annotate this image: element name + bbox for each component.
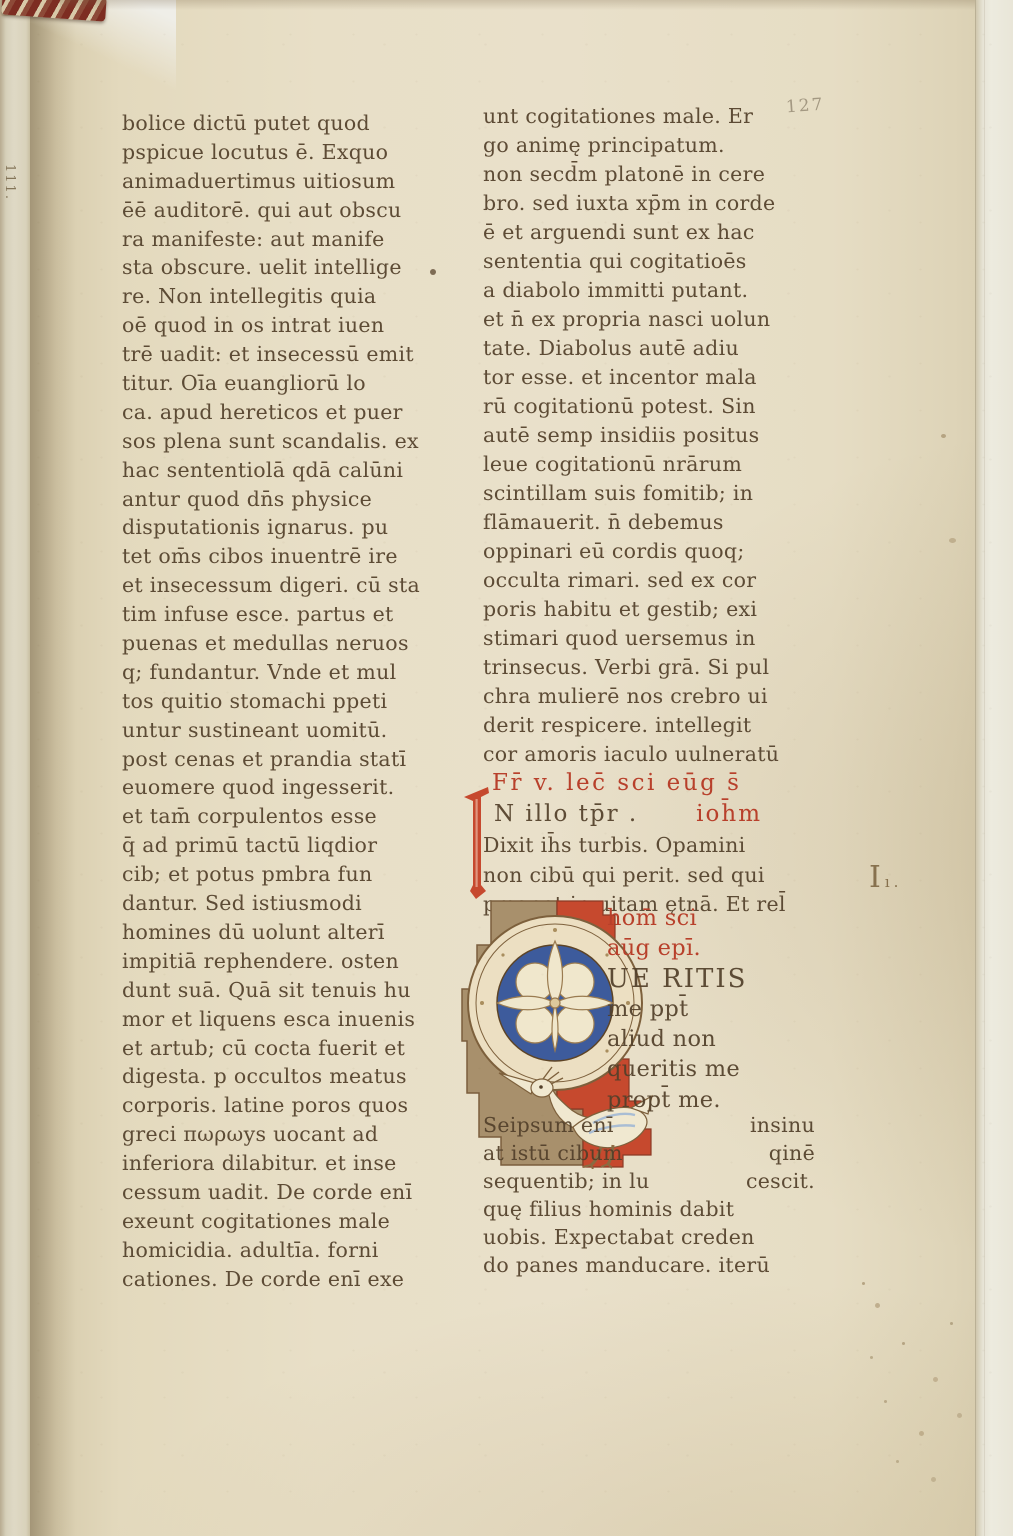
text-line: mor et liquens esca inuenis (122, 1005, 458, 1034)
text-line: greci πωρωys uocant ad (122, 1120, 458, 1149)
text-line: euomere quod ingesserit. (122, 773, 458, 802)
text-line: uobis. Expectabat creden (483, 1223, 819, 1251)
text-line: titur. Oīa euangliorū lo (122, 369, 458, 398)
text-line: post cenas et prandia statī (122, 745, 458, 774)
text-line: chra mulierē nos crebro ui (483, 682, 819, 711)
text-line: trinsecus. Verbi grā. Si pul (483, 653, 819, 682)
fore-edge-strip (975, 0, 1013, 1536)
text-line: et insecessum digeri. cū sta (122, 571, 458, 600)
line-fragment-right: insinu (750, 1111, 815, 1139)
text-line: do panes manducare. iterū (483, 1251, 819, 1279)
right-column-wrap-lines: Seipsum enīinsinuat istū cibumqinēsequen… (483, 1111, 815, 1195)
text-line: unt cogitationes male. Er (483, 102, 819, 131)
text-line: sos plena sunt scandalis. ex (122, 427, 458, 456)
text-line: bolice dictū putet quod (122, 109, 458, 138)
right-column-block3: quę filius hominis dabituobis. Expectaba… (483, 1195, 819, 1279)
text-line: q̄ ad primū tactū liqdior (122, 831, 458, 860)
text-line: untur sustineant uomitū. (122, 716, 458, 745)
text-line: et n̄ ex propria nasci uolun (483, 305, 819, 334)
text-line: exeunt cogitationes male (122, 1207, 458, 1236)
text-line: tor esse. et incentor mala (483, 363, 819, 392)
text-line: aūg epī. (607, 933, 817, 963)
text-line: leue cogitationū nrārum (483, 450, 819, 479)
text-line: queritis me (607, 1054, 817, 1084)
text-line: dantur. Sed istiusmodi (122, 889, 458, 918)
text-line: non secd̄m platonē in cere (483, 160, 819, 189)
text-line: ē et arguendi sunt ex hac (483, 218, 819, 247)
text-line: rū cogitationū potest. Sin (483, 392, 819, 421)
text-line: puenas et medullas neruos (122, 629, 458, 658)
line-fragment-left: sequentib; in lu (483, 1167, 650, 1195)
text-line: stimari quod uersemus in (483, 624, 819, 653)
manuscript-page-photo: 111. 127 Iı. bolice dictū putet quodpspi… (0, 0, 1013, 1536)
text-line: disputationis ignarus. pu (122, 513, 458, 542)
text-line: cessum uadit. De corde enī (122, 1178, 458, 1207)
gutter-shadow (30, 0, 76, 1536)
line-fragment-left: Seipsum enī (483, 1111, 614, 1139)
text-line: impitiā rephendere. osten (122, 947, 458, 976)
text-line: occulta rimari. sed ex cor (483, 566, 819, 595)
text-line: cationes. De corde enī exe (122, 1265, 458, 1294)
text-line: aliud non (607, 1024, 817, 1054)
quire-mark-suffix: ı. (885, 873, 903, 891)
text-line: UE RITIS (607, 964, 817, 994)
facing-page-edge (0, 16, 30, 1536)
parchment-stain (941, 434, 946, 438)
text-line: cor amoris iaculo uulneratū (483, 740, 819, 769)
text-line: animaduertimus uitiosum (122, 167, 458, 196)
text-line: tos quitio stomachi ppeti (122, 687, 458, 716)
text-line: et tam̄ corpulentos esse (122, 802, 458, 831)
text-line: ra manifeste: aut manife (122, 225, 458, 254)
text-line: quę filius hominis dabit (483, 1195, 819, 1223)
text-line: bro. sed iuxta xp̄m in corde (483, 189, 819, 218)
text-line: homines dū uolunt alterī (122, 918, 458, 947)
text-line: sta obscure. uelit intellige (122, 253, 458, 282)
text-line: poris habitu et gestib; exi (483, 595, 819, 624)
page-edge-line (984, 0, 985, 1536)
evangelist-abbrev: ioh̄m (696, 801, 762, 827)
line-fragment-right: qinē (769, 1139, 815, 1167)
text-line: derit respicere. intellegit (483, 711, 819, 740)
text-line: sequentib; in lucescit. (483, 1167, 815, 1195)
text-line: digesta. p occultos meatus (122, 1062, 458, 1091)
page-top-edge (60, 0, 1013, 10)
right-column-side-text: hom̄ sciaūg epī.UE RITISme ppt̄aliud non… (607, 903, 817, 1115)
parchment-speckles (862, 1282, 865, 1285)
text-line: sententia qui cogitatioēs (483, 247, 819, 276)
text-line: antur quod dn̄s physice (122, 485, 458, 514)
text-line: oppinari eū cordis quoq; (483, 537, 819, 566)
quire-mark-letter: I (869, 860, 885, 895)
incipit-text: N illo tp̄r . (494, 801, 638, 827)
line-fragment-left: at istū cibum (483, 1139, 623, 1167)
text-line: et artub; cū cocta fuerit et (122, 1034, 458, 1063)
right-column-block1: unt cogitationes male. Ergo animę princi… (483, 102, 819, 769)
text-line: homicidia. adultīa. forni (122, 1236, 458, 1265)
page-edge-line (975, 0, 976, 1536)
text-line: Dixit ih̄s turbis. Opamini (483, 831, 819, 861)
text-line: at istū cibumqinē (483, 1139, 815, 1167)
text-line: cib; et potus pmbra fun (122, 860, 458, 889)
text-line: Seipsum enīinsinu (483, 1111, 815, 1139)
text-line: autē semp insidiis positus (483, 421, 819, 450)
left-column: bolice dictū putet quodpspicue locutus ē… (122, 109, 458, 1294)
text-line: scintillam suis fomitib; in (483, 479, 819, 508)
text-line: re. Non intellegitis quia (122, 282, 458, 311)
incipit-line: N illo tp̄r . ioh̄m (494, 801, 762, 827)
text-line: non cibū qui perit. sed qui (483, 861, 819, 891)
text-line: a diabolo immitti putant. (483, 276, 819, 305)
text-line: pspicue locutus ē. Exquo (122, 138, 458, 167)
quire-mark: Iı. (869, 860, 902, 895)
text-line: tate. Diabolus autē adiu (483, 334, 819, 363)
text-line: hom̄ sci (607, 903, 817, 933)
parchment-stain (949, 538, 956, 543)
text-line: hac sententiolā qdā calūni (122, 456, 458, 485)
rubric-heading: Fr̄ v. lec̄ sci eūg s̄ (492, 770, 741, 796)
ink-fleck (430, 269, 436, 275)
text-line: tet om̄s cibos inuentrē ire (122, 542, 458, 571)
text-line: dunt suā. Quā sit tenuis hu (122, 976, 458, 1005)
text-line: q; fundantur. Vnde et mul (122, 658, 458, 687)
text-line: oē quod in os intrat iuen (122, 311, 458, 340)
text-line: corporis. latine poros quos (122, 1091, 458, 1120)
text-line: tim infuse esce. partus et (122, 600, 458, 629)
text-line: flāmauerit. n̄ debemus (483, 508, 819, 537)
text-line: ca. apud hereticos et puer (122, 398, 458, 427)
text-line: inferiora dilabitur. et inse (122, 1149, 458, 1178)
text-line: go animę principatum. (483, 131, 819, 160)
edge-annotation: 111. (2, 164, 17, 201)
line-fragment-right: cescit. (746, 1167, 815, 1195)
text-line: me ppt̄ (607, 994, 817, 1024)
text-line: trē uadit: et insecessū emit (122, 340, 458, 369)
text-line: ēē auditorē. qui aut obscu (122, 196, 458, 225)
